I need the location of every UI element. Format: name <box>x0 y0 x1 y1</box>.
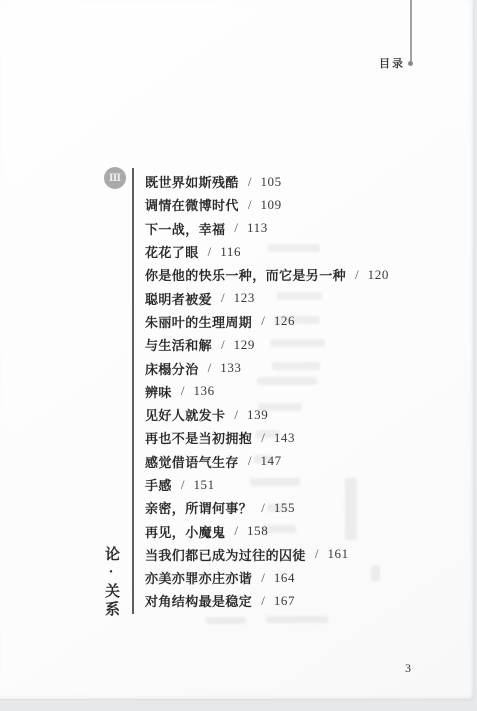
page-number: 3 <box>400 661 416 676</box>
toc-entry-separator: / <box>261 500 265 516</box>
toc-entry-title: 对角结构最是稳定 <box>145 591 252 610</box>
toc-entry-separator: / <box>181 477 185 493</box>
toc-entry: 聪明者被爱/123 <box>145 286 389 309</box>
book-page: 目录 Ⅲ 论·关系 既世界如斯残酷/105 调情在微博时代/109 下一战，幸福… <box>0 0 473 699</box>
toc-entry-page: 151 <box>193 477 214 493</box>
toc-entry-title: 再见，小魔鬼 <box>145 522 225 541</box>
toc-entry-title: 辨味 <box>145 382 172 401</box>
toc-entry-separator: / <box>315 546 319 562</box>
section-label-vertical: 论·关系 <box>102 546 120 624</box>
toc-entry-page: 120 <box>368 267 389 283</box>
toc-entry-separator: / <box>234 407 238 423</box>
toc-entry-separator: / <box>221 337 225 353</box>
toc-entry-title: 床榻分治 <box>145 359 199 378</box>
toc-entry: 当我们都已成为过往的囚徒/161 <box>145 543 389 566</box>
toc-entry-separator: / <box>261 313 265 329</box>
toc-entry-separator: / <box>208 360 212 376</box>
toc-entry: 调情在微博时代/109 <box>145 193 389 216</box>
toc-entry-title: 手感 <box>145 475 172 494</box>
toc-entry-title: 见好人就发卡 <box>145 405 225 424</box>
toc-entry-separator: / <box>208 244 212 260</box>
toc-entry-page: 129 <box>234 337 255 353</box>
toc-entry-page: 116 <box>220 244 241 260</box>
toc-entry: 朱丽叶的生理周期/126 <box>145 310 389 333</box>
toc-entry-separator: / <box>234 220 238 236</box>
toc-entry-page: 164 <box>274 570 295 586</box>
toc-entry-separator: / <box>181 383 185 399</box>
toc-entry: 下一战，幸福/113 <box>145 217 389 240</box>
toc-entry-title: 既世界如斯残酷 <box>145 172 239 191</box>
toc-list: 既世界如斯残酷/105 调情在微博时代/109 下一战，幸福/113 花花了眼/… <box>145 170 389 613</box>
toc-entry-title: 与生活和解 <box>145 335 212 354</box>
toc-entry-page: 109 <box>260 197 281 213</box>
toc-entry-page: 123 <box>234 290 255 306</box>
toc-entry-page: 167 <box>274 593 295 609</box>
toc-entry-separator: / <box>221 290 225 306</box>
toc-entry-title: 花花了眼 <box>145 242 199 261</box>
toc-entry-title: 亲密，所谓何事？ <box>145 498 252 517</box>
toc-divider-line <box>132 168 134 614</box>
toc-entry-page: 161 <box>327 546 348 562</box>
toc-entry: 对角结构最是稳定/167 <box>145 589 389 612</box>
toc-entry-separator: / <box>261 570 265 586</box>
section-number-badge: Ⅲ <box>104 167 126 189</box>
toc-entry: 花花了眼/116 <box>145 240 389 263</box>
toc-entry-separator: / <box>355 267 359 283</box>
toc-entry-title: 亦美亦罪亦庄亦谐 <box>145 568 252 587</box>
toc-entry-page: 136 <box>193 383 214 399</box>
toc-entry: 亦美亦罪亦庄亦谐/164 <box>145 566 389 589</box>
header-rule-line <box>410 0 412 63</box>
toc-entry-title: 朱丽叶的生理周期 <box>145 312 252 331</box>
toc-entry-title: 当我们都已成为过往的囚徒 <box>145 545 306 564</box>
toc-entry: 与生活和解/129 <box>145 333 389 356</box>
header-rule-dot-icon <box>408 61 413 66</box>
toc-entry-separator: / <box>234 523 238 539</box>
toc-entry: 既世界如斯残酷/105 <box>145 170 389 193</box>
toc-entry-title: 感觉借语气生存 <box>145 452 239 471</box>
toc-entry-title: 你是他的快乐一种，而它是另一种 <box>145 265 346 284</box>
toc-entry-title: 下一战，幸福 <box>145 219 225 238</box>
toc-entry-title: 聪明者被爱 <box>145 289 212 308</box>
toc-entry-separator: / <box>248 453 252 469</box>
running-header-title: 目录 <box>379 55 405 71</box>
toc-entry: 你是他的快乐一种，而它是另一种/120 <box>145 263 389 286</box>
toc-entry-page: 113 <box>247 220 268 236</box>
toc-entry-separator: / <box>248 197 252 213</box>
toc-entry-page: 105 <box>260 174 281 190</box>
toc-entry-title: 调情在微博时代 <box>145 195 239 214</box>
toc-entry-separator: / <box>261 593 265 609</box>
toc-entry-separator: / <box>248 174 252 190</box>
toc-entry-page: 133 <box>220 360 241 376</box>
toc-entry-title: 再也不是当初拥抱 <box>145 428 252 447</box>
